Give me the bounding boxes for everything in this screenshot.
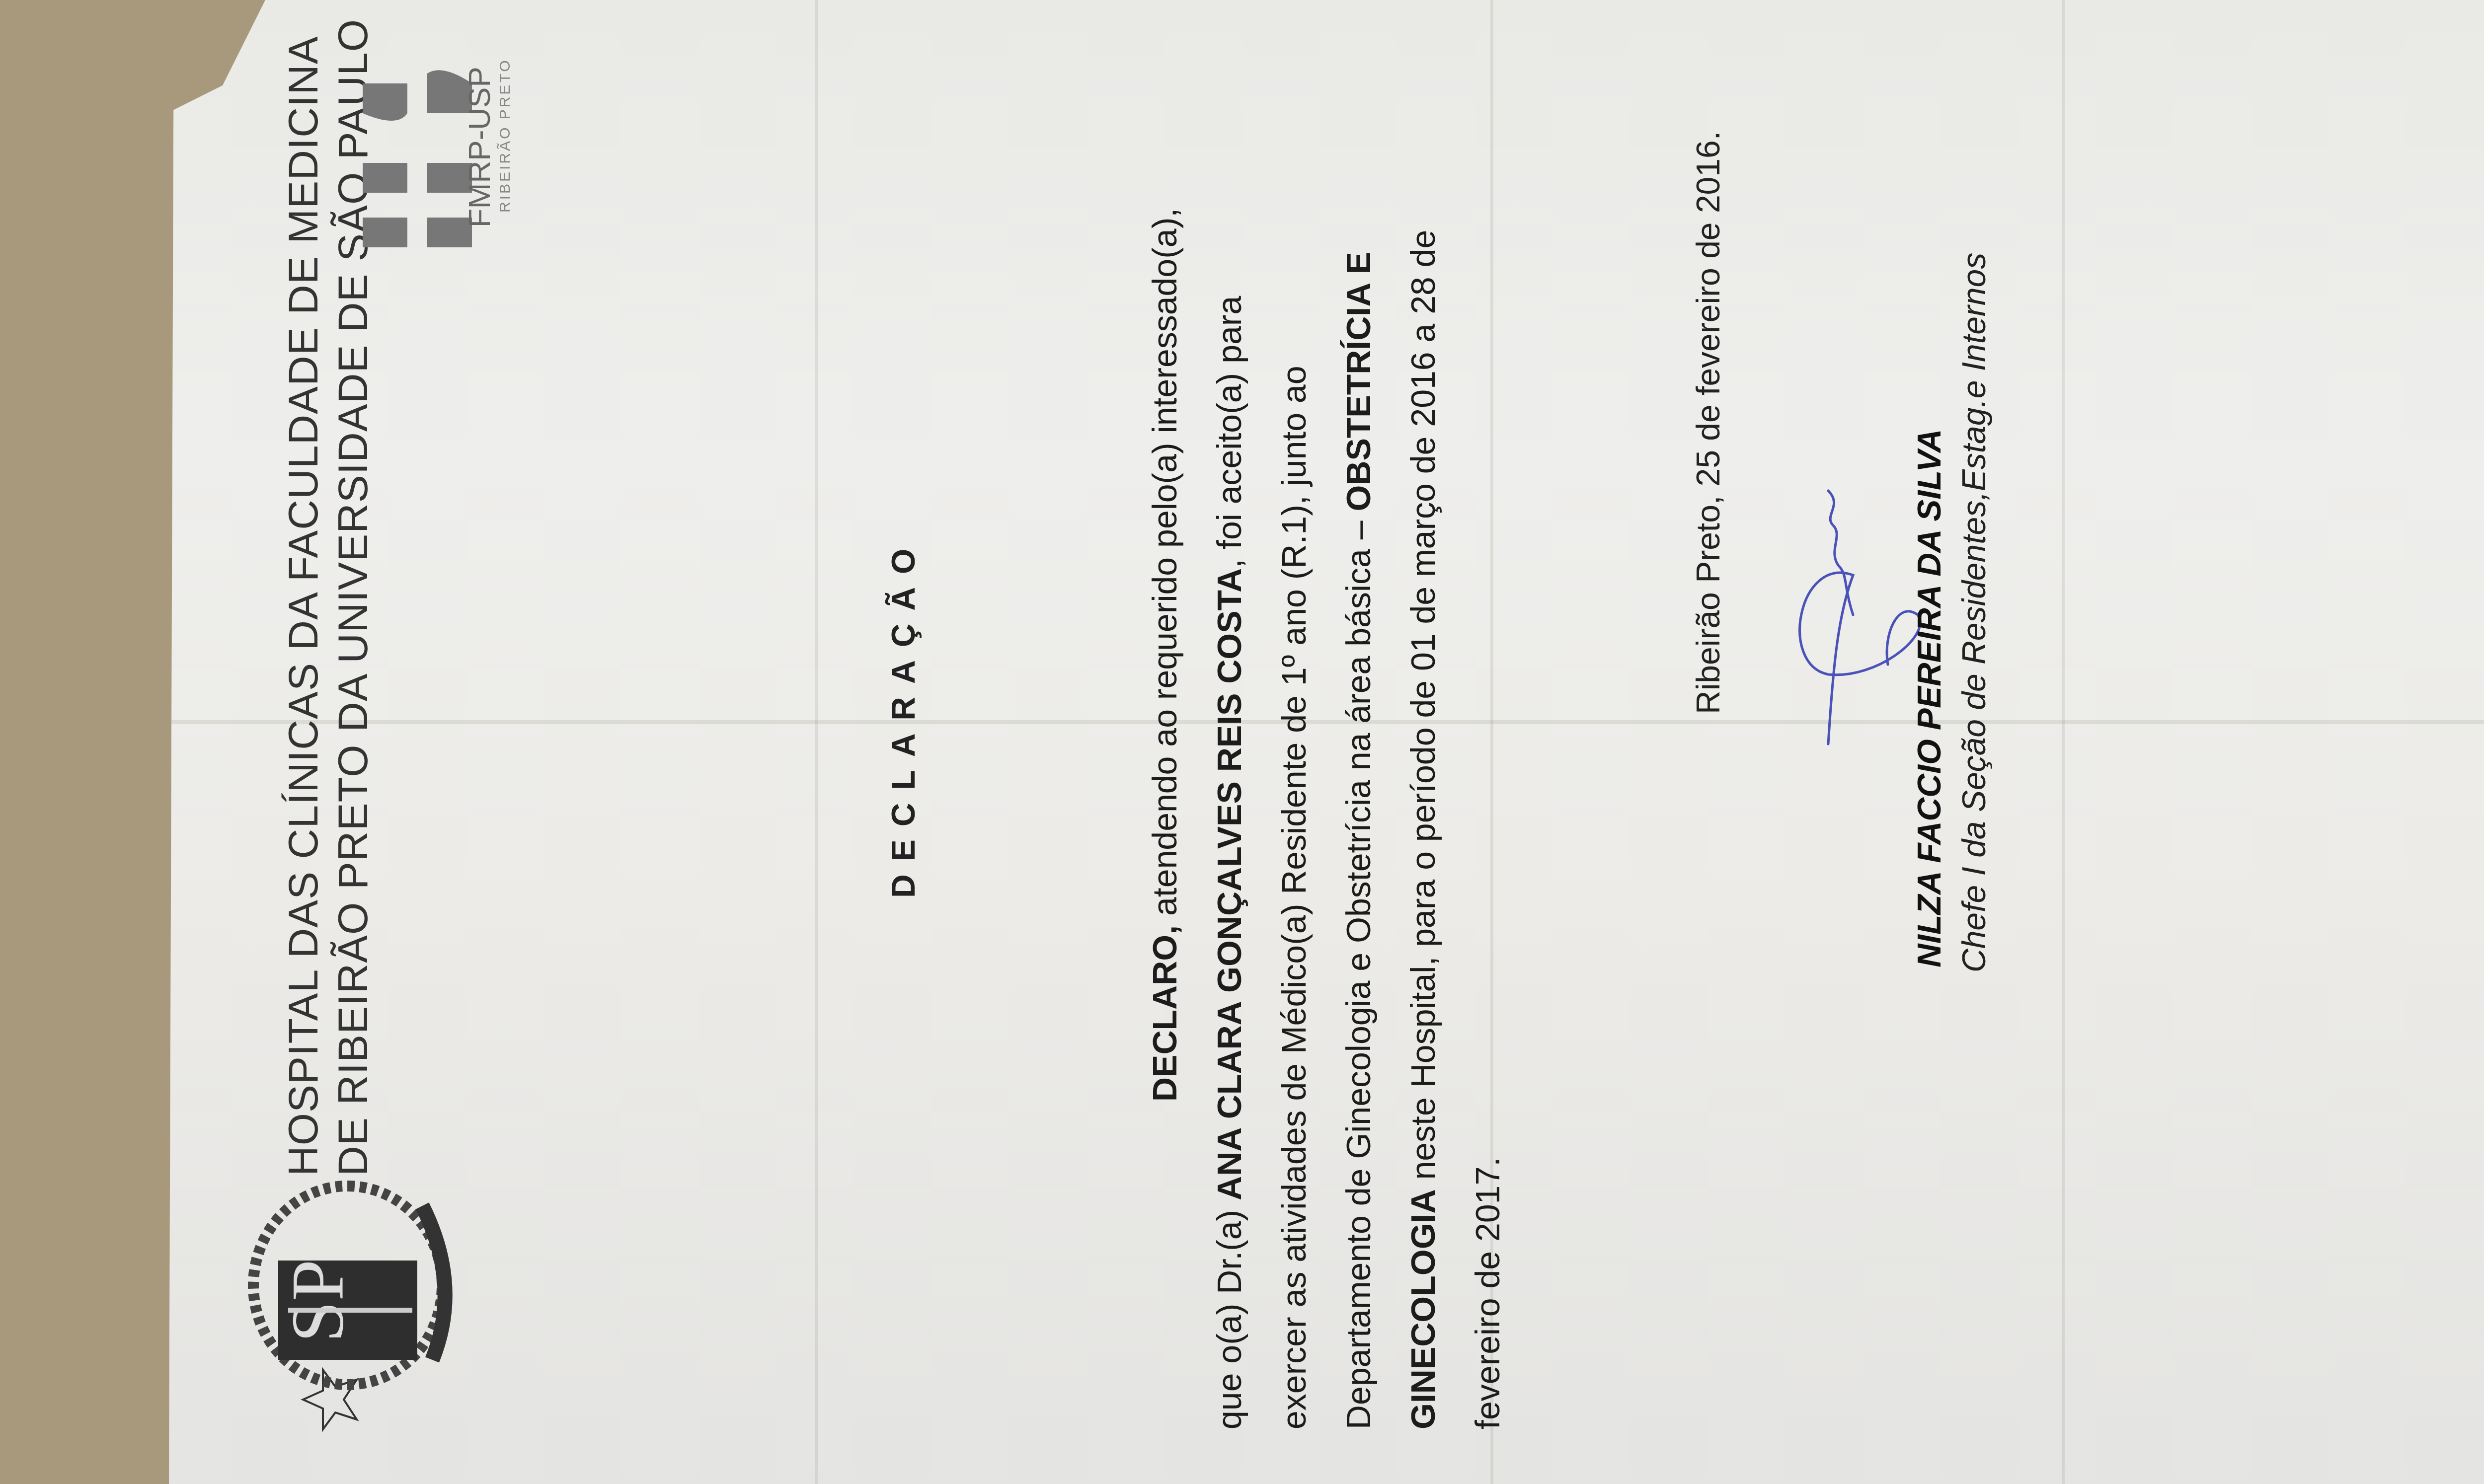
document-title: DECLARAÇÃO [884, 536, 922, 898]
body-line: fevereiro de 2017. [1456, 39, 1520, 1429]
body-line: Departamento de Ginecologia e Obstetríci… [1326, 39, 1391, 1429]
body-text-segment: atendendo ao requerido pelo(a) interessa… [1146, 208, 1184, 925]
body-text-segment: exercer as atividades de Médico(a) Resid… [1275, 366, 1313, 1429]
fold-crease [2062, 0, 2065, 1484]
body-text-segment: fevereiro de 2017. [1469, 1157, 1507, 1429]
emphasized-text: ANA CLARA GONÇALVES REIS COSTA [1211, 568, 1248, 1200]
sp-coat-of-arms-logo: SP [224, 1176, 462, 1434]
body-text-segment: , foi aceito(a) para [1211, 296, 1248, 568]
emphasized-text: GINECOLOGIA [1404, 1189, 1442, 1429]
document-photo: SP HOSPITAL DAS CLÍNICAS DA FACULDADE DE… [0, 0, 2484, 1484]
signatory-role: Chefe I da Seção de Residentes,Estag.e I… [1955, 253, 1993, 972]
body-line: que o(a) Dr.(a) ANA CLARA GONÇALVES REIS… [1197, 39, 1262, 1429]
emphasized-text: OBSTETRÍCIA E [1340, 252, 1378, 512]
body-line: exercer as atividades de Médico(a) Resid… [1262, 39, 1326, 1429]
body-text-segment: Departamento de Ginecologia e Obstetríci… [1340, 512, 1378, 1429]
signatory-name: NILZA FACCIO PEREIRA DA SILVA [1910, 429, 1948, 967]
footer-contact: Centro de Recursos Humanos Fone: 16-3602… [2479, 79, 2484, 511]
body-text-segment: que o(a) Dr.(a) [1211, 1200, 1248, 1429]
fold-crease [815, 0, 818, 1484]
body-text-segment: neste Hospital, para o período de 01 de … [1404, 230, 1442, 1189]
fmrp-usp-wordmark: FMRP-USP [462, 67, 497, 227]
declaration-body: DECLARO, atendendo ao requerido pelo(a) … [1133, 39, 1520, 1429]
emphasized-text: DECLARO, [1146, 925, 1184, 1102]
fmrp-usp-city: RIBEIRÃO PRETO [497, 58, 514, 213]
body-line: DECLARO, atendendo ao requerido pelo(a) … [1133, 39, 1197, 1429]
logo-letters: SP [277, 1260, 359, 1342]
date-line: Ribeirão Preto, 25 de fevereiro de 2016. [1689, 131, 1727, 714]
footer-contact-line: Centro de Recursos Humanos [2479, 79, 2484, 511]
body-line: GINECOLOGIA neste Hospital, para o perío… [1391, 39, 1456, 1429]
